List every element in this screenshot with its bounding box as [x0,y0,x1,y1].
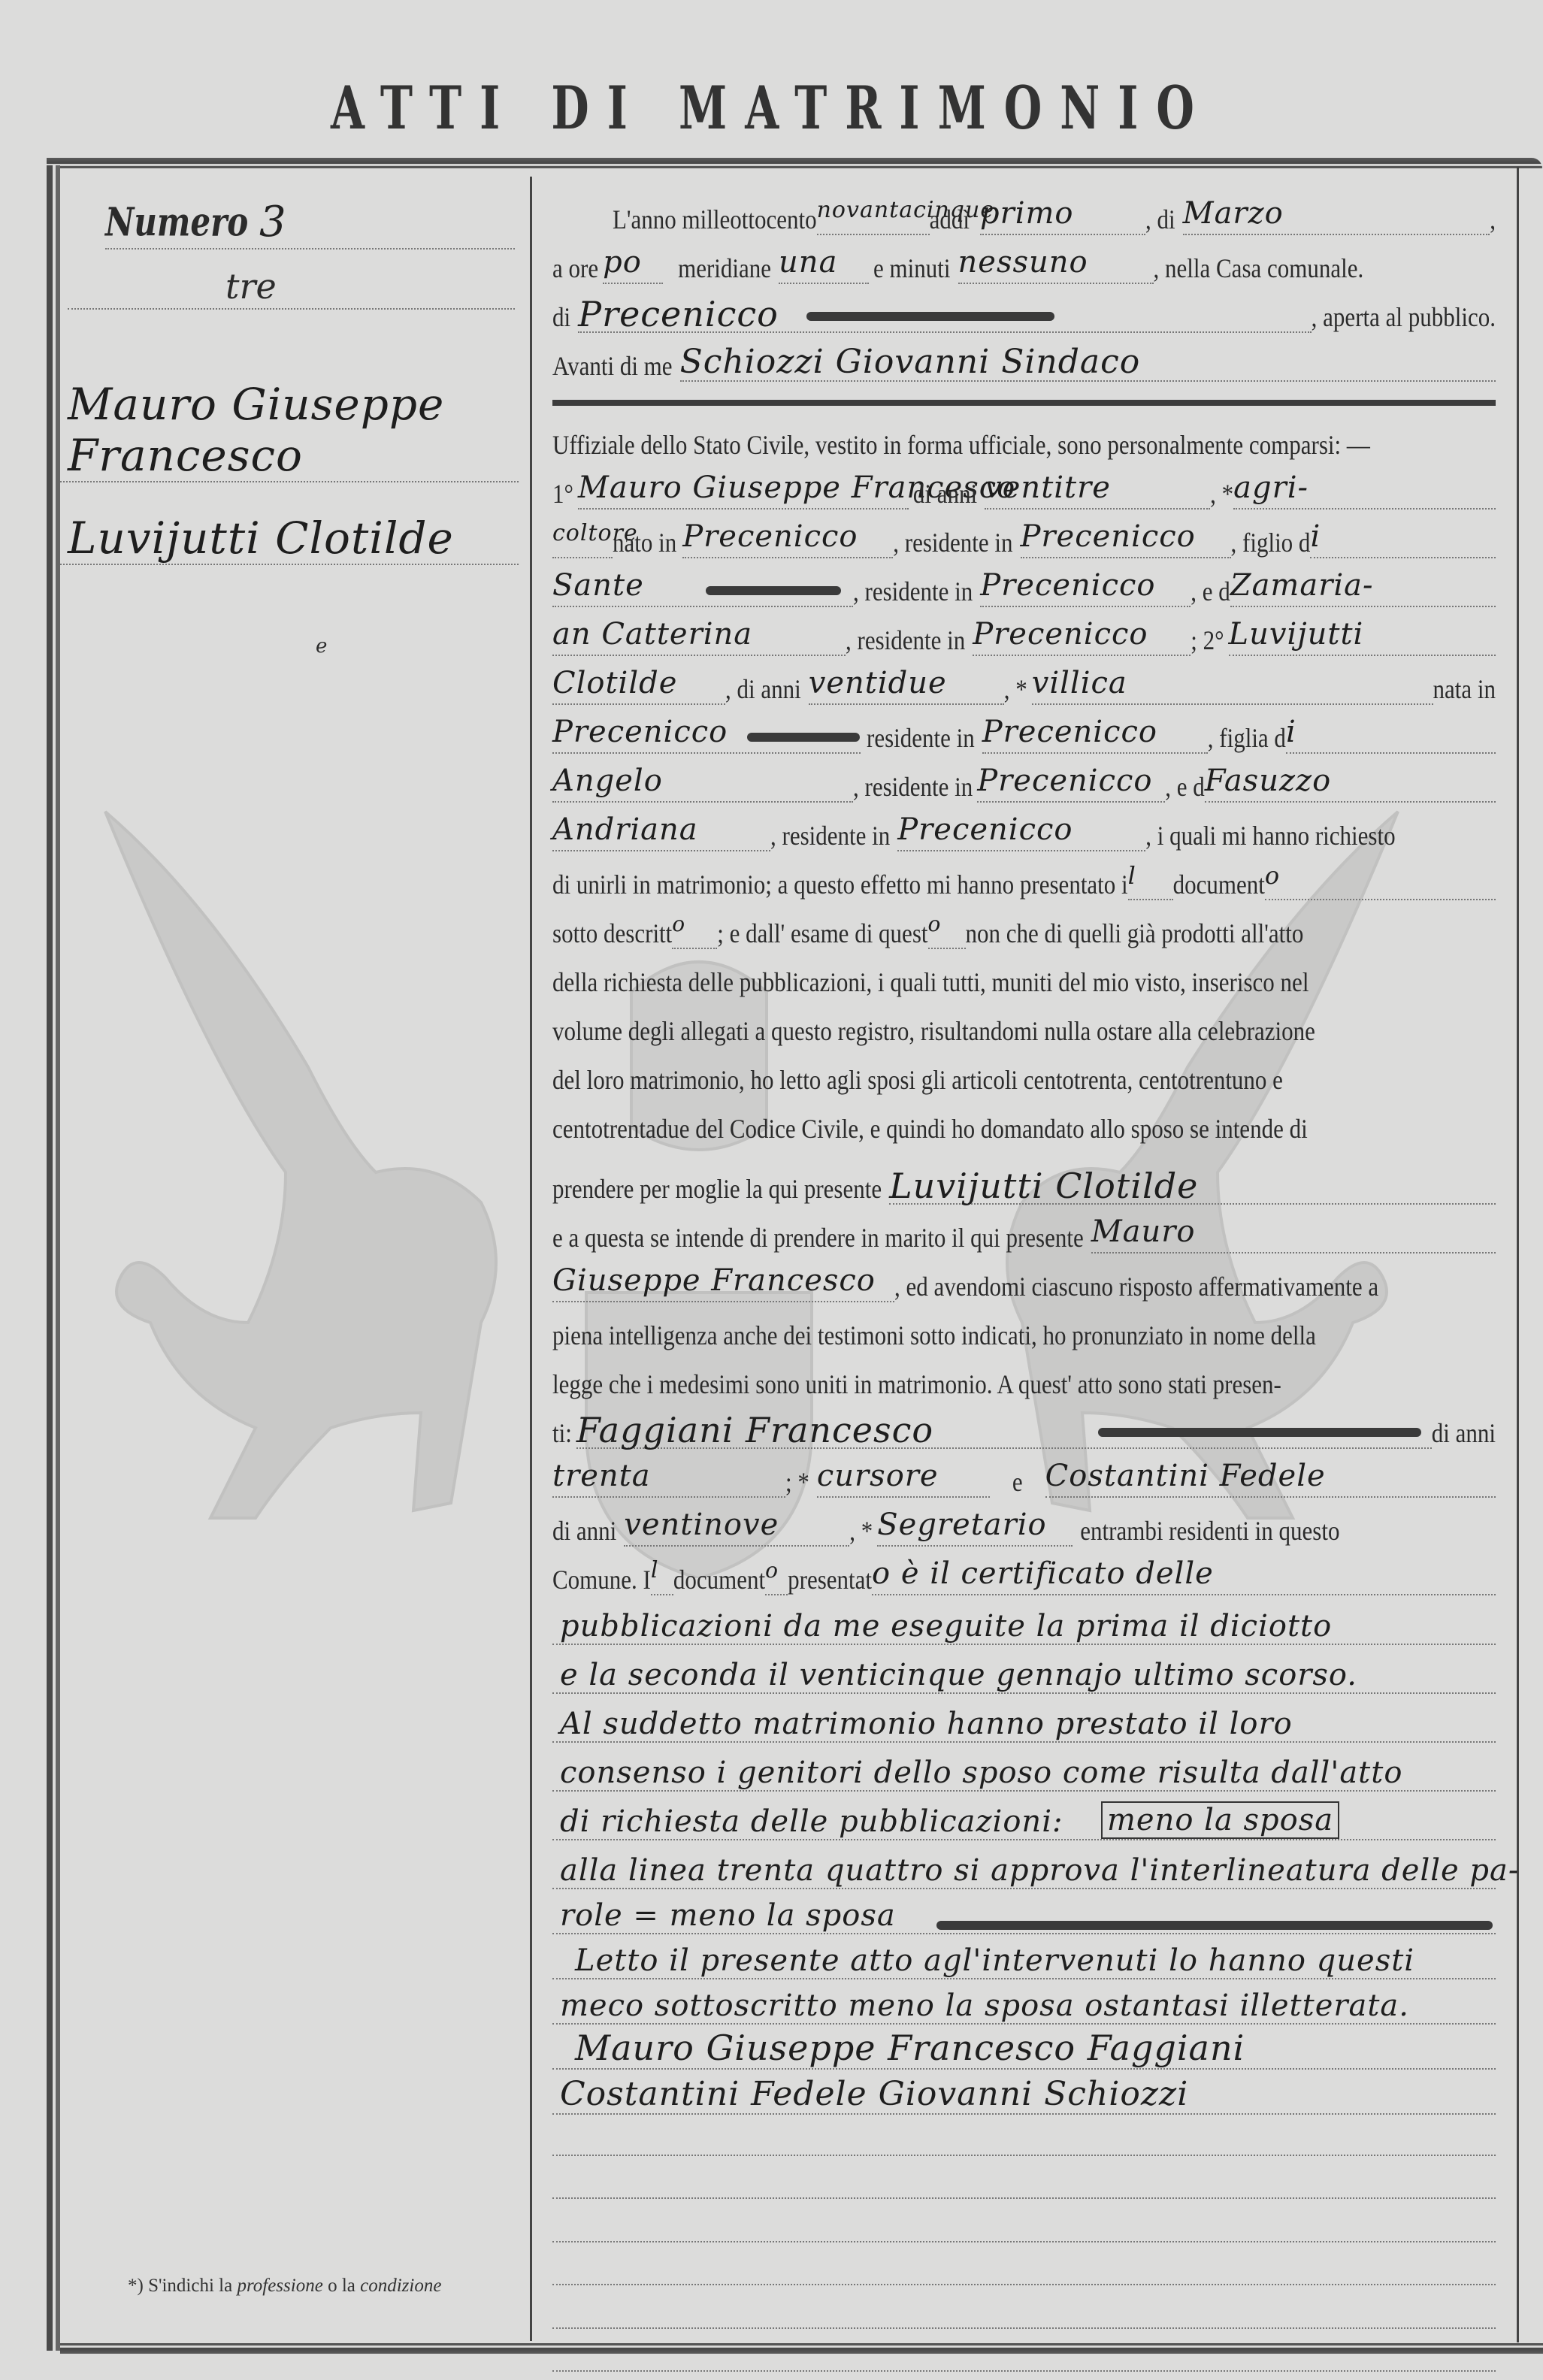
bride-value: Luvijutti [1229,617,1364,652]
punct: , [1490,204,1496,235]
bride-mother-field: Fasuzzo [1205,765,1496,803]
label-resident-in: , residente in [846,625,965,656]
closing-line: Letto il presente atto agl'intervenuti l… [552,1931,1496,1979]
label-uffiziale: Uffiziale dello Stato Civile, vestito in… [552,430,1370,461]
bride-mother-cont-field: Andriana [552,814,770,851]
bride-consent-value: Luvijutti Clotilde [889,1166,1198,1206]
label-resident-in: , residente in [770,821,890,851]
suffix-value: o [1265,861,1280,890]
month-field: Marzo [1183,198,1490,235]
groom-father-value: Sante [552,568,644,603]
groom-residence-value: Precenicco [1021,519,1196,554]
frame-top-border [47,158,1542,168]
act-number-words: tre [225,266,277,307]
closing-text: meco sottoscritto meno la sposa ostantas… [560,1988,1409,2023]
witness2-field: Costantini Fedele [1045,1460,1496,1498]
witness2-profession-value: Segretario [877,1508,1046,1542]
groom-name-margin: Mauro Giuseppe Francesco [68,379,519,481]
label-di: di [552,302,570,333]
groom-consent-cont-value: Giuseppe Francesco [552,1263,876,1298]
section-rule [552,400,1496,406]
act-line-bride-mother: Andriana , residente in Precenicco , i q… [552,808,1496,851]
text-prodotti: non che di quelli già prodotti all'atto [966,918,1304,949]
bride-field: Luvijutti [1229,618,1496,656]
label-casa-comunale: , nella Casa comunale. [1154,253,1364,284]
act-line-groom-birth: coltore nato in Precenicco , residente i… [552,515,1496,558]
note-text: pubblicazioni da me eseguite la prima il… [560,1609,1332,1644]
bride-cont-field: Clotilde [552,667,725,705]
names-conjunction: e [316,635,327,658]
act-line-groom-mother: an Catterina , residente in Precenicco ;… [552,612,1496,656]
witness1-value: Faggiani Francesco [576,1410,933,1450]
suffix-value: o [672,912,685,936]
witness2-age-value: ventinove [624,1508,779,1542]
witness2-profession-field: Segretario [877,1509,1073,1547]
witness1-profession-value: cursore [817,1459,939,1493]
act-number-words-field: tre [68,263,515,310]
empty-line [552,2194,1496,2242]
bride-consent-field: Luvijutti Clotilde [889,1167,1496,1205]
bride-residence-value: Precenicco [982,715,1157,749]
act-line-bride-consent: prendere per moglie la qui presente Luvi… [552,1161,1496,1205]
punct: ; * [785,1467,809,1498]
text-esame: ; e dall' esame di quest [717,918,927,949]
act-line-uffiziale: Uffiziale dello Stato Civile, vestito in… [552,417,1496,461]
footnote-condition: condizione [360,2276,441,2296]
groom-consent-value: Mauro [1091,1214,1196,1249]
label-resident-in: , residente in [853,576,973,607]
groom-consent-field: Mauro [1091,1216,1496,1254]
groom-residence-field: Precenicco [1021,521,1231,558]
struck-blank [936,1921,1493,1930]
note-text: role = meno la sposa [560,1898,896,1933]
label-and-of: , e d [1191,576,1230,607]
note-text: alla linea trenta quattro si approva l'i… [560,1853,1519,1888]
act-line-descritti: sotto descritt o ; e dall' esame di ques… [552,906,1496,949]
label-and: e [1012,1467,1023,1498]
frame-left-border [47,165,56,2351]
label-resident-in: , residente in [853,772,973,803]
act-line-bride: Clotilde , di anni ventidue , * villica … [552,661,1496,705]
bride-mother-residence-field: Precenicco [897,814,1145,851]
note-text: consenso i genitori dello sposo come ris… [560,1756,1402,1790]
label-born-in-f: nata in [1433,674,1496,705]
bride-cont-value: Clotilde [552,666,677,700]
label-aperta: , aperta al pubblico. [1312,302,1496,333]
label-minutes: e minuti [873,253,950,284]
act-line-24: legge che i medesimi sono uniti in matri… [552,1356,1496,1400]
witness1-age-field: trenta [552,1460,785,1498]
suffix-value: o [928,912,942,936]
groom-birthplace-value: Precenicco [682,519,858,554]
groom-age-value: ventitre [985,470,1111,505]
groom-age-field: ventitre [985,472,1210,510]
note-line: di richiesta delle pubblicazioni: meno l… [552,1792,1496,1840]
hour-field: una [779,246,869,284]
label-month: , di [1145,204,1175,235]
witness1-field: Faggiani Francesco [576,1411,1432,1449]
empty-line [552,2108,1496,2156]
groom-profession-cont: coltore [552,521,613,558]
bride-name-margin: Luvijutti Clotilde [68,513,454,564]
bride-mother-residence-value: Precenicco [897,812,1073,847]
son-of-suffix: i [1310,521,1496,558]
column-divider [530,177,532,2341]
act-line-groom-parents: Sante , residente in Precenicco , e d Za… [552,564,1496,607]
label-daughter-of: , figlia d [1208,723,1286,754]
act-line-18: del loro matrimonio, ho letto agli sposi… [552,1052,1496,1096]
act-line-commune: di Precenicco , aperta al pubblico. [552,289,1496,333]
act-line-23: piena intelligenza anche dei testimoni s… [552,1308,1496,1351]
note-line: Al suddetto matrimonio hanno prestato il… [552,1695,1496,1743]
groom-profession-field: agri- [1233,472,1496,510]
punct: , * [1210,479,1233,510]
text-document: document [673,1565,765,1595]
note-line: pubblicazioni da me eseguite la prima il… [552,1597,1496,1645]
text-affermativamente: , ed avendomi ciascuno risposto affermat… [894,1272,1378,1302]
witness2-age-field: ventinove [624,1509,849,1547]
body-text: del loro matrimonio, ho letto agli sposi… [552,1065,1283,1096]
body-text: piena intelligenza anche dei testimoni s… [552,1320,1316,1351]
suffix-field: o [765,1558,788,1595]
closing-line: meco sottoscritto meno la sposa ostantas… [552,1976,1496,2025]
footnote: *) S'indichi la professione o la condizi… [128,2276,441,2297]
act-line-groom-consent: e a questa se intende di prendere in mar… [552,1210,1496,1254]
label-and-of: , e d [1165,772,1205,803]
label-hour: a ore [552,253,598,284]
act-line-bride-father: Angelo , residente in Precenicco , e d F… [552,759,1496,803]
text-prendere-marito: e a questa se intende di prendere in mar… [552,1223,1084,1254]
frame-right-border [1517,167,1519,2342]
empty-line [552,2281,1496,2329]
act-number-label: Numero [105,199,248,245]
body-text: della richiesta delle pubblicazioni, i q… [552,967,1309,998]
empty-line [552,2151,1496,2199]
son-of-suffix-value: i [1310,519,1321,554]
bride-father-residence-value: Precenicco [977,764,1152,798]
bride-age-value: ventidue [809,666,947,700]
note-line: consenso i genitori dello sposo come ris… [552,1743,1496,1792]
groom-consent-cont-field: Giuseppe Francesco [552,1265,894,1302]
punct: , * [849,1516,873,1547]
signature: Mauro Giuseppe Francesco Faggiani [575,2028,1245,2068]
label-resident-in: residente in [867,723,975,754]
label-born-in: nato in [613,528,676,558]
groom-birthplace-field: Precenicco [682,521,893,558]
page-title: ATTI DI MATRIMONIO [0,74,1543,143]
footnote-profession: professione [237,2276,322,2296]
text-comune: Comune. I [552,1565,651,1595]
act-line-documents: di unirli in matrimonio; a questo effett… [552,857,1496,900]
witness1-profession-field: cursore [817,1460,990,1498]
groom-field: Mauro Giuseppe Francesco [578,472,909,510]
bride-condition-value: villica [1032,666,1127,700]
note-text: di richiesta delle pubblicazioni: [560,1804,1063,1839]
act-line-date: L'anno milleottocento novantacinque addì… [552,192,1496,235]
groom-father-residence-value: Precenicco [980,568,1155,603]
groom-mother-cont-field: an Catterina [552,618,846,656]
bride-father-residence-field: Precenicco [977,765,1165,803]
month-value: Marzo [1183,196,1284,231]
text-prendere-moglie: prendere per moglie la qui presente [552,1174,882,1205]
year-field: novantacinque [817,198,930,235]
hour-prefix-field: po [603,246,663,284]
note-line: alla linea trenta quattro si approva l'i… [552,1841,1496,1889]
label-age: di anni [913,479,977,510]
groom-mother-cont-value: an Catterina [552,617,752,652]
groom-father-residence-field: Precenicco [980,570,1191,607]
bride-father-value: Angelo [552,764,663,798]
text-documents: di unirli in matrimonio; a questo effett… [552,869,1128,900]
note-line: e la seconda il venticinque gennajo ulti… [552,1646,1496,1694]
bride-mother-value: Fasuzzo [1205,764,1331,798]
act-line-comune: Comune. I l document o presentat o è il … [552,1552,1496,1595]
suffix-value: l [651,1557,659,1583]
label-second: ; 2° [1191,625,1224,656]
label-age: di anni [552,1516,616,1547]
text-residenti: entrambi residenti in questo [1080,1516,1339,1547]
label-avanti-di-me: Avanti di me [552,351,673,382]
officer-field: Schiozzi Giovanni Sindaco [680,344,1496,382]
groom-name-field: Mauro Giuseppe Francesco [60,428,519,482]
suffix-field: o [928,912,966,949]
act-line-groom: 1° Mauro Giuseppe Francesco di anni vent… [552,466,1496,510]
suffix-field: l [651,1558,673,1595]
suffix-value: o [765,1558,779,1583]
day-field: primo [980,198,1145,235]
act-line-witness2-age: di anni ventinove , * Segretario entramb… [552,1503,1496,1547]
hour-value: una [779,245,837,280]
minutes-field: nessuno [958,246,1154,284]
label-age: di anni [1432,1418,1496,1449]
article-value: l [1128,861,1136,890]
witness1-age-value: trenta [552,1459,651,1493]
label-day: addì [930,204,970,235]
bride-residence-field: Precenicco [982,716,1208,754]
struck-blank [747,733,860,742]
boxed-interlineation: meno la sposa [1101,1801,1339,1839]
label-age: , di anni [725,674,801,705]
text-presentat: presentat [788,1565,872,1595]
commune-field: Precenicco [578,295,1312,333]
act-line-16: della richiesta delle pubblicazioni, i q… [552,954,1496,998]
act-line-time: a ore po meridiane una e minuti nessuno … [552,240,1496,284]
label-resident-in: , residente in [893,528,1012,558]
bride-condition-field: villica [1032,667,1433,705]
bride-age-field: ventidue [809,667,1004,705]
groom-father-field: Sante [552,570,853,607]
text-descritt: sotto descritt [552,918,672,949]
text-document: document [1173,869,1265,900]
minutes-value: nessuno [958,245,1088,280]
day-value: primo [980,196,1074,231]
footnote-text-mid: o la [323,2276,360,2296]
hour-prefix-value: po [603,245,642,280]
body-text: legge che i medesimi sono uniti in matri… [552,1369,1281,1400]
bride-birthplace-value: Precenicco [552,715,728,749]
body-text: volume degli allegati a questo registro,… [552,1016,1315,1047]
bride-mother-cont-value: Andriana [552,812,698,847]
bride-name-field: Luvijutti Clotilde [60,511,519,565]
act-number-field: Numero 3 [105,195,515,249]
punct: , * [1004,674,1027,705]
daughter-of-suffix: i [1286,716,1496,754]
article-field: l [1128,863,1173,900]
label-ti: ti: [552,1418,572,1449]
label-meridiane: meridiane [678,253,771,284]
body-text: centotrentadue del Codice Civile, e quin… [552,1114,1308,1145]
act-line-officer: Avanti di me Schiozzi Giovanni Sindaco [552,338,1496,382]
groom-mother-residence-field: Precenicco [973,618,1191,656]
groom-mother-field: Zamaria- [1230,570,1496,607]
act-line-bride-birth: Precenicco residente in Precenicco , fig… [552,710,1496,754]
bride-father-field: Angelo [552,765,853,803]
act-number-value: 3 [259,198,286,246]
documents-description-value: o è il certificato delle [872,1556,1214,1591]
act-line-witness1: ti: Faggiani Francesco di anni [552,1405,1496,1449]
act-line-19: centotrentadue del Codice Civile, e quin… [552,1101,1496,1145]
label-son-of: , figlio d [1231,528,1311,558]
label-richiesto: , i quali mi hanno richiesto [1145,821,1395,851]
act-line-witness2: trenta ; * cursore e Costantini Fedele [552,1454,1496,1498]
witness2-value: Costantini Fedele [1045,1459,1326,1493]
label-year: L'anno milleottocento [613,204,817,235]
closing-text: Letto il presente atto agl'intervenuti l… [575,1943,1414,1978]
suffix-field: o [1265,863,1496,900]
officer-value: Schiozzi Giovanni Sindaco [680,343,1141,381]
daughter-of-suffix-value: i [1286,715,1296,749]
bride-birthplace-field: Precenicco [552,716,861,754]
label-first: 1° [552,479,573,510]
note-text: Al suddetto matrimonio hanno prestato il… [560,1707,1293,1741]
empty-line [552,2324,1496,2372]
groom-mother-value: Zamaria- [1230,568,1374,603]
groom-mother-residence-value: Precenicco [973,617,1148,652]
act-line-groom-consent-cont: Giuseppe Francesco , ed avendomi ciascun… [552,1259,1496,1302]
footnote-text: *) S'indichi la [128,2276,237,2296]
commune-value: Precenicco [578,294,779,334]
act-line-17: volume degli allegati a questo registro,… [552,1003,1496,1047]
struck-blank [806,312,1054,321]
groom-profession-value: agri- [1233,470,1309,505]
note-line: role = meno la sposa [552,1886,1496,1934]
empty-line [552,2237,1496,2285]
suffix-field: o [672,912,717,949]
struck-blank [706,586,841,595]
signature-line: Mauro Giuseppe Francesco Faggiani [552,2022,1496,2070]
documents-description-field: o è il certificato delle [872,1558,1496,1595]
struck-blank [1098,1428,1421,1437]
note-text: e la seconda il venticinque gennajo ulti… [560,1658,1357,1692]
